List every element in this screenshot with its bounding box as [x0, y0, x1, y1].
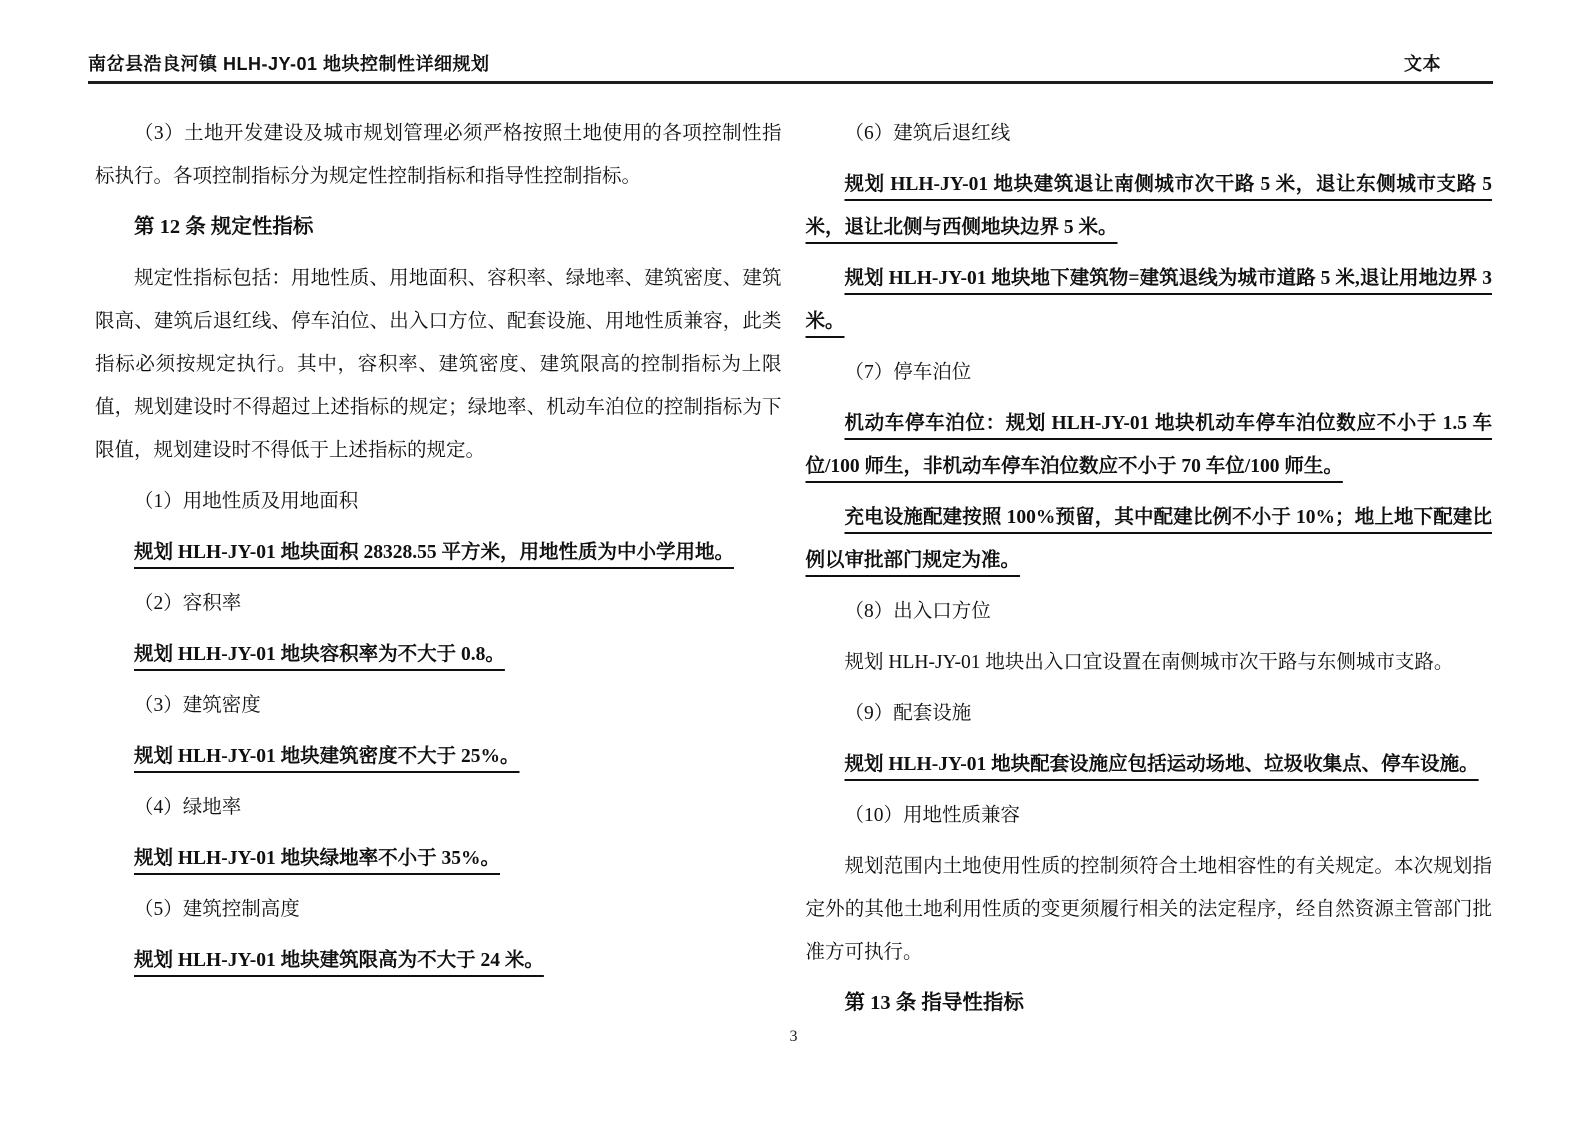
item-3-value-building-density: 规划 HLH-JY-01 地块建筑密度不大于 25%。: [95, 735, 782, 778]
item-4-heading-green-ratio: （4）绿地率: [95, 786, 782, 829]
page-header: 南岔县浩良河镇 HLH-JY-01 地块控制性详细规划 文本: [88, 50, 1493, 84]
item-2-heading-far: （2）容积率: [95, 582, 782, 625]
item-4-value-green-ratio: 规划 HLH-JY-01 地块绿地率不小于 35%。: [95, 837, 782, 880]
item-7-value-charging-facilities: 充电设施配建按照 100%预留，其中配建比例不小于 10%；地上地下配建比例以审…: [806, 496, 1493, 582]
header-doc-type-label: 文本: [1404, 50, 1493, 76]
item-5-value-height-limit: 规划 HLH-JY-01 地块建筑限高为不大于 24 米。: [95, 939, 782, 982]
right-column: （6）建筑后退红线 规划 HLH-JY-01 地块建筑退让南侧城市次干路 5 米…: [806, 112, 1493, 1033]
item-10-value-compatibility: 规划范围内土地使用性质的控制须符合土地相容性的有关规定。本次规划指定外的其他土地…: [806, 845, 1493, 974]
document-body: （3）土地开发建设及城市规划管理必须严格按照土地使用的各项控制性指标执行。各项控…: [95, 112, 1492, 1033]
para-prescriptive-indicator-scope: 规定性指标包括：用地性质、用地面积、容积率、绿地率、建筑密度、建筑限高、建筑后退…: [95, 257, 782, 472]
item-6-heading-setback: （6）建筑后退红线: [806, 112, 1493, 155]
item-6-value-underground-setback: 规划 HLH-JY-01 地块地下建筑物=建筑退线为城市道路 5 米,退让用地边…: [806, 257, 1493, 343]
left-column: （3）土地开发建设及城市规划管理必须严格按照土地使用的各项控制性指标执行。各项控…: [95, 112, 782, 1033]
item-9-value-supporting-facilities: 规划 HLH-JY-01 地块配套设施应包括运动场地、垃圾收集点、停车设施。: [806, 743, 1493, 786]
page-number: 3: [790, 1028, 798, 1045]
document-title: 南岔县浩良河镇 HLH-JY-01 地块控制性详细规划: [88, 50, 490, 76]
item-8-heading-entrance: （8）出入口方位: [806, 590, 1493, 633]
clause-3-control-enforcement: （3）土地开发建设及城市规划管理必须严格按照土地使用的各项控制性指标执行。各项控…: [95, 112, 782, 198]
item-9-heading-supporting-facilities: （9）配套设施: [806, 692, 1493, 735]
item-7-heading-parking: （7）停车泊位: [806, 351, 1493, 394]
article-13-heading: 第 13 条 指导性指标: [806, 982, 1493, 1025]
item-1-value-land-area: 规划 HLH-JY-01 地块面积 28328.55 平方米，用地性质为中小学用…: [95, 531, 782, 574]
item-1-heading-land-use: （1）用地性质及用地面积: [95, 480, 782, 523]
item-8-value-entrance: 规划 HLH-JY-01 地块出入口宜设置在南侧城市次干路与东侧城市支路。: [806, 641, 1493, 684]
item-10-heading-compatibility: （10）用地性质兼容: [806, 794, 1493, 837]
item-6-value-building-setback: 规划 HLH-JY-01 地块建筑退让南侧城市次干路 5 米，退让东侧城市支路 …: [806, 163, 1493, 249]
page-footer: 3: [0, 1028, 1587, 1046]
article-12-heading: 第 12 条 规定性指标: [95, 206, 782, 249]
item-7-value-motor-parking: 机动车停车泊位：规划 HLH-JY-01 地块机动车停车泊位数应不小于 1.5 …: [806, 402, 1493, 488]
item-5-heading-height-control: （5）建筑控制高度: [95, 888, 782, 931]
item-3-heading-building-density: （3）建筑密度: [95, 684, 782, 727]
item-2-value-far: 规划 HLH-JY-01 地块容积率为不大于 0.8。: [95, 633, 782, 676]
